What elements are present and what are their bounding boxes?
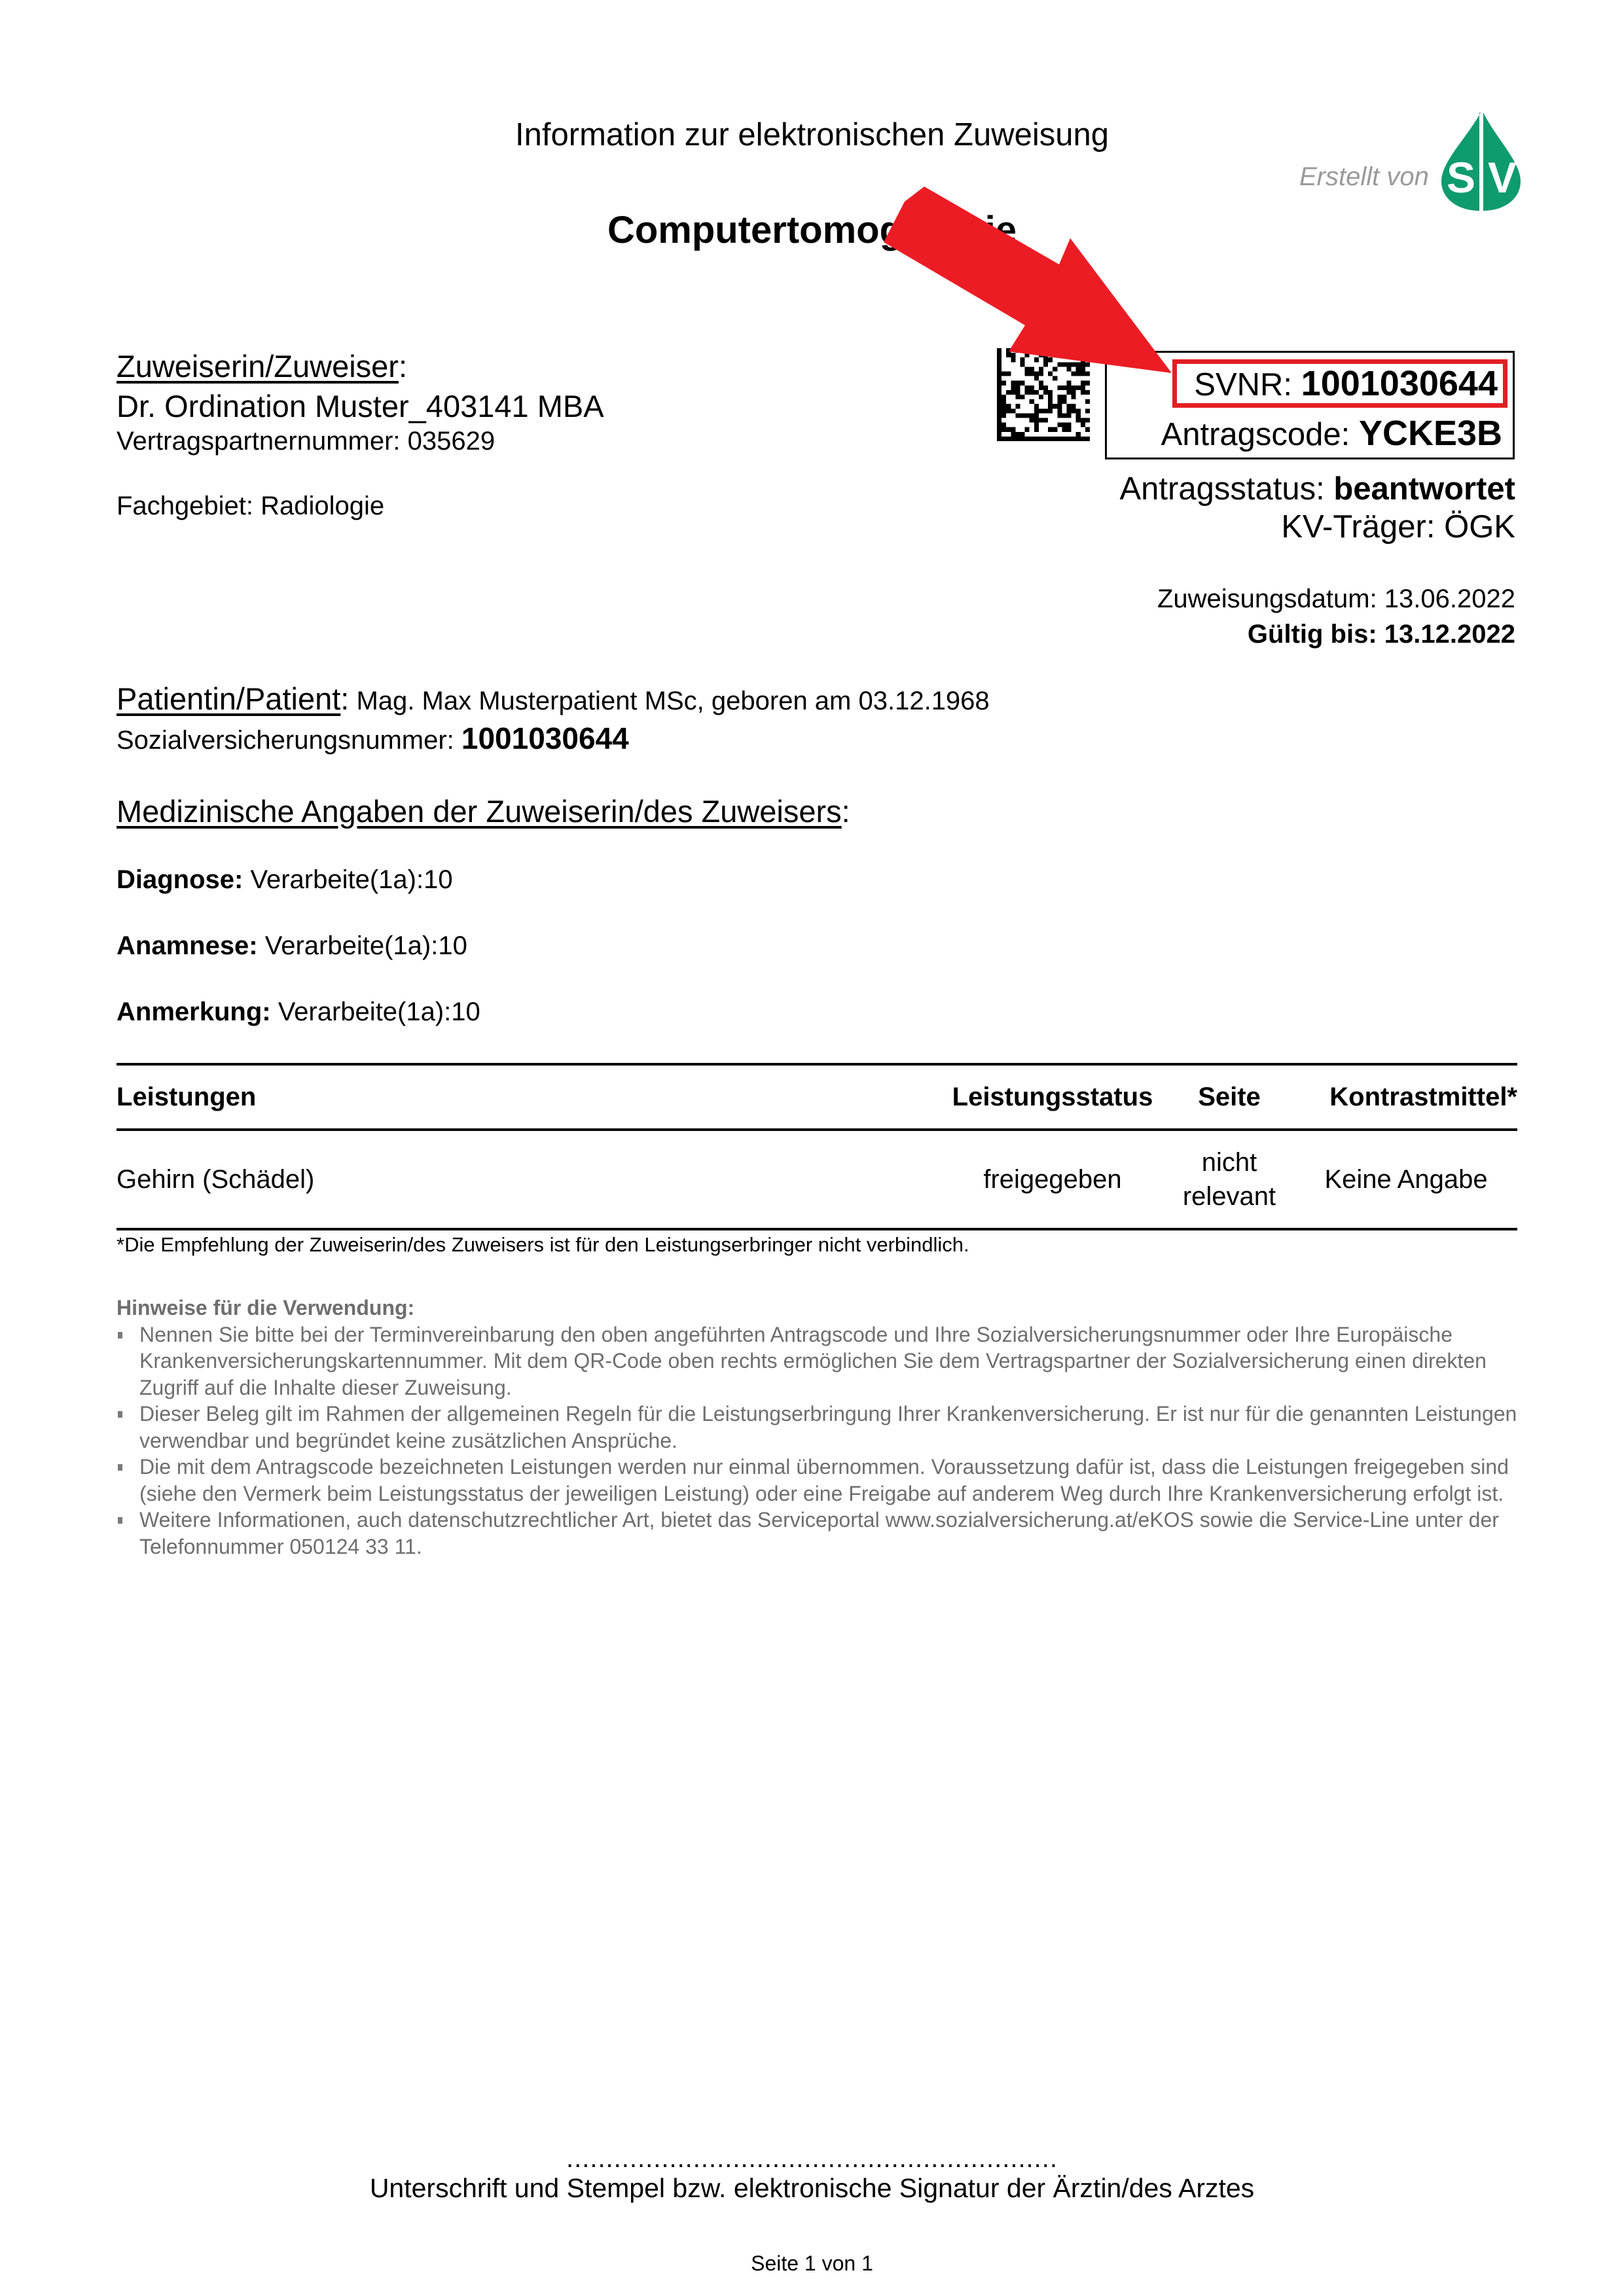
patient-section: Patientin/Patient: Mag. Max Musterpatien… bbox=[117, 681, 990, 756]
hint-item: Die mit dem Antragscode bezeichneten Lei… bbox=[117, 1454, 1517, 1507]
application-status: Antragsstatus: beantwortet bbox=[1119, 470, 1515, 508]
referral-date: Zuweisungsdatum: 13.06.2022 bbox=[1157, 581, 1515, 617]
diagnosis: Diagnose: Verarbeite(1a):10 bbox=[117, 865, 453, 895]
table-footnote: *Die Empfehlung der Zuweiserin/des Zuwei… bbox=[117, 1233, 969, 1257]
patient-label: Patientin/Patient bbox=[117, 681, 340, 716]
hints-title: Hinweise für die Verwendung: bbox=[117, 1295, 1517, 1321]
hint-item: Dieser Beleg gilt im Rahmen der allgemei… bbox=[117, 1401, 1517, 1454]
svnr-highlight: SVNR: 1001030644 bbox=[1172, 359, 1507, 408]
referrer-label: Zuweiserin/Zuweiser bbox=[117, 349, 399, 384]
referrer-section: Zuweiserin/Zuweiser: Dr. Ordination Must… bbox=[117, 348, 604, 521]
sv-logo-icon: S V bbox=[1440, 113, 1522, 212]
insurance-carrier: KV-Träger: ÖGK bbox=[1119, 508, 1515, 546]
status-block: Antragsstatus: beantwortet KV-Träger: ÖG… bbox=[1119, 470, 1515, 546]
dates-block: Zuweisungsdatum: 13.06.2022 Gültig bis: … bbox=[1157, 581, 1515, 652]
hint-item: Nennen Sie bitte bei der Terminvereinbar… bbox=[117, 1321, 1517, 1401]
contract-partner-number: Vertragspartnernummer: 035629 bbox=[117, 427, 604, 456]
patient-details: Mag. Max Musterpatient MSc, geboren am 0… bbox=[356, 687, 989, 715]
patient-ssn: 1001030644 bbox=[461, 721, 629, 755]
svg-text:V: V bbox=[1488, 153, 1517, 202]
table-header: Leistungen Leistungsstatus Seite Kontras… bbox=[117, 1066, 1517, 1128]
referrer-name: Dr. Ordination Muster_403141 MBA bbox=[117, 388, 604, 424]
page-number: Seite 1 von 1 bbox=[0, 2251, 1624, 2276]
svg-text:S: S bbox=[1447, 153, 1475, 202]
table-row: Gehirn (Schädel) freigegeben nichtreleva… bbox=[117, 1131, 1517, 1228]
created-by-label: Erstellt von bbox=[1299, 162, 1429, 192]
application-code: Antragscode: YCKE3B bbox=[1161, 412, 1502, 456]
hint-item: Weitere Informationen, auch datenschutzr… bbox=[117, 1507, 1517, 1560]
id-box: SVNR: 1001030644 Antragscode: YCKE3B bbox=[1105, 351, 1515, 459]
application-code-value: YCKE3B bbox=[1359, 414, 1502, 453]
medical-heading: Medizinische Angaben der Zuweiserin/des … bbox=[117, 793, 850, 829]
remark: Anmerkung: Verarbeite(1a):10 bbox=[117, 997, 480, 1027]
signature-line: ........................................… bbox=[0, 2144, 1624, 2174]
svnr-value: 1001030644 bbox=[1301, 364, 1498, 403]
qr-code-icon bbox=[997, 348, 1090, 442]
signature-label: Unterschrift und Stempel bzw. elektronis… bbox=[0, 2173, 1624, 2204]
services-table: Leistungen Leistungsstatus Seite Kontras… bbox=[117, 1063, 1517, 1230]
specialty: Fachgebiet: Radiologie bbox=[117, 492, 604, 521]
valid-until: Gültig bis: 13.12.2022 bbox=[1157, 617, 1515, 652]
anamnesis: Anamnese: Verarbeite(1a):10 bbox=[117, 931, 467, 961]
usage-hints: Hinweise für die Verwendung: Nennen Sie … bbox=[117, 1295, 1517, 1560]
document-title: Information zur elektronischen Zuweisung bbox=[0, 117, 1624, 153]
document-heading: Computertomographie bbox=[0, 208, 1624, 252]
